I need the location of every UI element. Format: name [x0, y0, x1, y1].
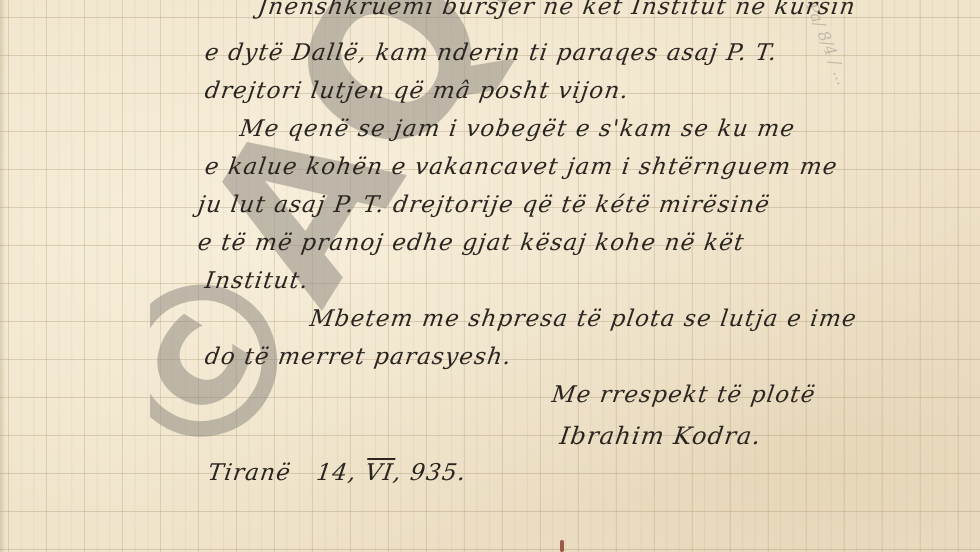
red-ink-mark [560, 540, 564, 552]
letter-line-10: do të merret parasyesh. [203, 344, 513, 370]
closing-salutation: Me rrespekt të plotë [550, 382, 817, 408]
place: Tiranë [206, 460, 293, 486]
letter-line-2: e dytë Dallë, kam nderin ti paraqes asaj… [203, 40, 779, 66]
letter-line-8: Institut. [203, 268, 310, 294]
date-day: 14, [315, 460, 359, 486]
letter-line-9: Mbetem me shpresa të plota se lutja e im… [308, 306, 859, 332]
date-month: VI [363, 460, 395, 486]
letter-line-4: Me qenë se jam i vobegët e s'kam se ku m… [238, 116, 797, 142]
signature: Ibrahim Kodra. [558, 422, 763, 450]
date-year: , 935. [392, 460, 469, 486]
place-date: Tiranë 14, VI, 935. [206, 460, 468, 486]
letter-line-3: drejtori lutjen që mâ posht vijon. [203, 78, 631, 104]
letter-line-6: ju lut asaj P. T. drejtorije që të kétë … [196, 192, 772, 218]
letter-line-1: Jnenshkruemi bursjer në kët Institut në … [256, 0, 857, 20]
letter-line-7: e të më pranoj edhe gjat kësaj kohe në k… [196, 230, 746, 256]
page-edge-shadow [0, 0, 6, 552]
letter-line-5: e kalue kohën e vakancavet jam i shtërng… [203, 154, 839, 180]
